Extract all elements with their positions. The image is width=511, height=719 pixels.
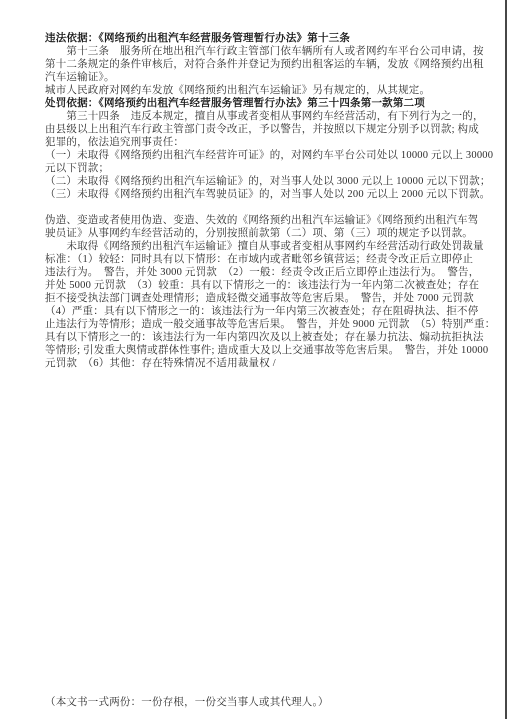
doc-line: 元以下罚款； <box>45 162 489 175</box>
doc-line: 并处 5000 元罚款 （3）较重：具有以下情形之一的：该违法行为一年内第二次被… <box>45 279 489 292</box>
doc-line: 未取得《网络预约出租汽车运输证》擅自从事或者变相从事网约车经营活动行政处罚裁量 <box>45 240 489 253</box>
doc-line: 第三十四条 违反本规定，擅自从事或者变相从事网约车经营活动，有下列行为之一的， <box>45 110 489 123</box>
doc-line: 驶员证》从事网约车经营活动的，分别按照前款第（二）项、第（三）项的规定予以罚款。 <box>45 227 489 240</box>
doc-line: 标准：（1）较轻：同时具有以下情形：在市域内或者毗邻乡镇营运；经责令改正后立即停… <box>45 253 489 266</box>
doc-line: 止违法行为等情形；造成一般交通事故等危害后果。 警告，并处 9000 元罚款 （… <box>45 318 489 331</box>
doc-line: 第十二条规定的条件审核后，对符合条件并登记为预约出租客运的车辆，发放《网络预约出… <box>45 58 489 71</box>
doc-line: 伪造、变造或者使用伪造、变造、失效的《网络预约出租汽车运输证》《网络预约出租汽车… <box>45 214 489 227</box>
doc-line: 元罚款 （6）其他：存在特殊情况不适用裁量权 / <box>45 357 489 370</box>
document-body: 违法依据：《网络预约出租汽车经营服务管理暂行办法》第十三条 第十三条 服务所在地… <box>45 32 489 370</box>
document-page: 违法依据：《网络预约出租汽车经营服务管理暂行办法》第十三条 第十三条 服务所在地… <box>0 0 511 719</box>
copies-footer-note: （本文书一式两份：一份存根，一份交当事人或其代理人。） <box>45 696 329 709</box>
doc-line: 拒不接受执法部门调查处理情形；造成轻微交通事故等危害后果。 警告，并处 7000… <box>45 292 489 305</box>
doc-line: （二）未取得《网络预约出租汽车运输证》的，对当事人处以 3000 元以上 100… <box>45 175 489 188</box>
doc-line: 第十三条 服务所在地出租汽车行政主管部门依车辆所有人或者网约车平台公司申请，按 <box>45 45 489 58</box>
doc-line: 具有以下情形之一的：该违法行为一年内第四次及以上被查处；存在暴力抗法、煽动抗拒执… <box>45 331 489 344</box>
doc-line: 等情形; 引发重大舆情或群体性事件; 造成重大及以上交通事故等危害后果。 警告，… <box>45 344 489 357</box>
page-right-edge-line <box>505 0 507 719</box>
doc-line: 犯罪的，依法追究刑事责任： <box>45 136 489 149</box>
doc-line: 城市人民政府对网约车发放《网络预约出租汽车运输证》另有规定的，从其规定。 <box>45 84 489 97</box>
doc-line: （三）未取得《网络预约出租汽车驾驶员证》的，对当事人处以 200 元以上 200… <box>45 188 489 201</box>
doc-line: 由县级以上出租汽车行政主管部门责令改正，予以警告，并按照以下规定分别予以罚款; … <box>45 123 489 136</box>
doc-line: 汽车运输证》。 <box>45 71 489 84</box>
doc-line: 违法行为。 警告，并处 3000 元罚款 （2）一般：经责令改正后立即停止违法行… <box>45 266 489 279</box>
penalty-basis-heading: 处罚依据：《网络预约出租汽车经营服务管理暂行办法》第三十四条第一款第二项 <box>45 97 489 110</box>
doc-line: （一）未取得《网络预约出租汽车经营许可证》的，对网约车平台公司处以 10000 … <box>45 149 489 162</box>
doc-line: （4）严重：具有以下情形之一的：该违法行为一年内第三次被查处；存在阻碍执法、拒不… <box>45 305 489 318</box>
violation-basis-heading: 违法依据：《网络预约出租汽车经营服务管理暂行办法》第十三条 <box>45 32 489 45</box>
